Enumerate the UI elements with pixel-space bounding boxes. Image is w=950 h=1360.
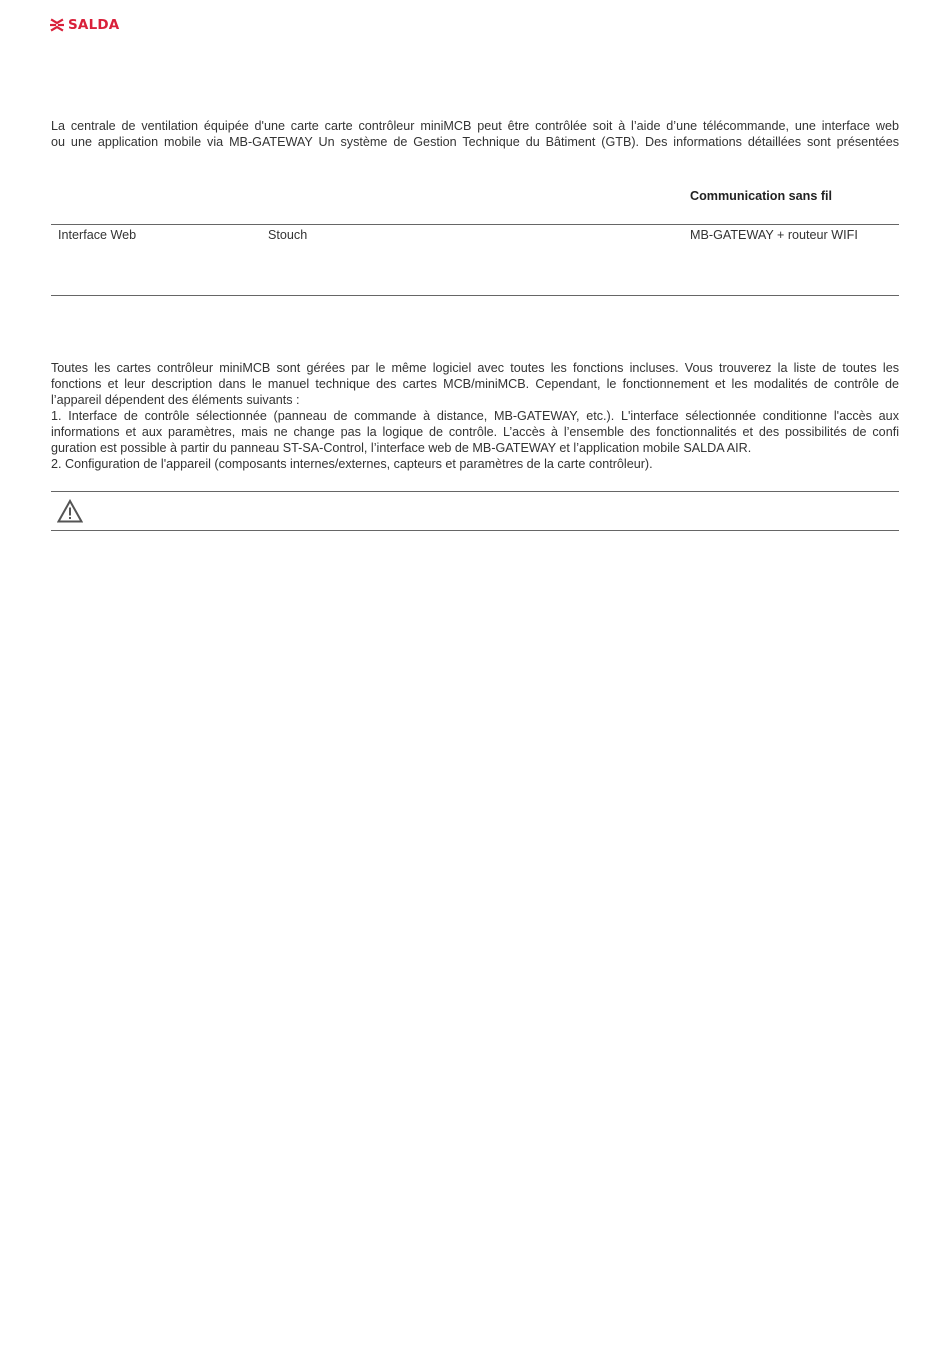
- warning-bottom-divider: [51, 530, 899, 531]
- table-header-divider: [51, 224, 899, 225]
- list-item-1-cont: informations et aux paramètres, mais ne …: [51, 424, 899, 440]
- warning-triangle-icon: [57, 499, 83, 523]
- paragraph-line: l’appareil dépendent des éléments suivan…: [51, 392, 899, 408]
- salda-logo: SALDA: [50, 17, 119, 33]
- table-cell-interface: Interface Web: [58, 227, 136, 243]
- paragraph-line: Toutes les cartes contrôleur miniMCB son…: [51, 360, 899, 376]
- list-item-1: 1. Interface de contrôle sélectionnée (p…: [51, 408, 899, 424]
- paragraph-line: fonctions et leur description dans le ma…: [51, 376, 899, 392]
- software-paragraph: Toutes les cartes contrôleur miniMCB son…: [51, 360, 899, 472]
- intro-line: La centrale de ventilation équipée d'une…: [51, 118, 899, 134]
- intro-paragraph: La centrale de ventilation équipée d'une…: [51, 118, 899, 150]
- intro-line: ou une application mobile via MB-GATEWAY…: [51, 134, 899, 150]
- warning-top-divider: [51, 491, 899, 492]
- table-cell-panel: Stouch: [268, 227, 307, 243]
- list-item-2: 2. Configuration de l'appareil (composan…: [51, 456, 899, 472]
- table-header-wireless: Communication sans fil: [690, 188, 832, 204]
- list-item-1-cont: guration est possible à partir du pannea…: [51, 440, 899, 456]
- salda-star-icon: [50, 18, 64, 32]
- table-cell-wireless: MB-GATEWAY + routeur WIFI: [690, 227, 858, 243]
- brand-name: SALDA: [68, 17, 119, 33]
- table-bottom-divider: [51, 295, 899, 296]
